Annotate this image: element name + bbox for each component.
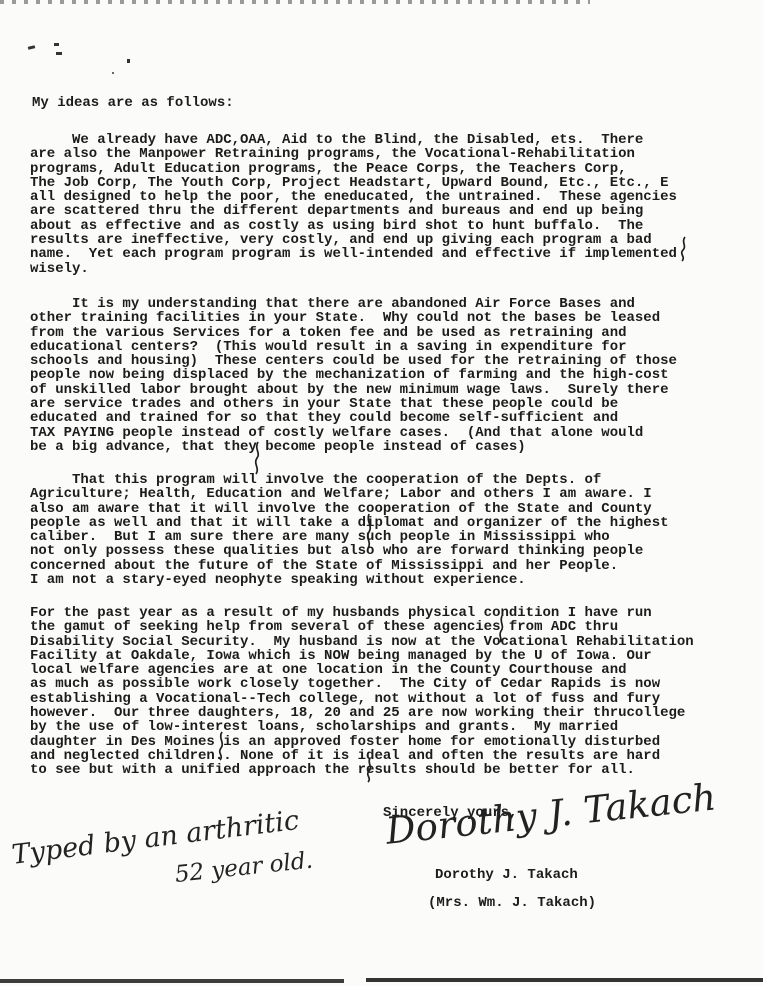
scan-smudge [112,72,114,74]
paragraph-4: For the past year as a result of my husb… [30,606,694,778]
salutation: My ideas are as follows: [32,96,234,110]
perforation-dashes [0,0,590,4]
scanned-letter-page: My ideas are as follows: We already have… [0,0,763,986]
pen-ink-mark [250,441,264,475]
scan-edge-bar [0,979,344,983]
scan-smudge [56,52,62,55]
paragraph-2: It is my understanding that there are ab… [30,297,677,454]
pen-ink-mark [494,615,508,643]
pen-ink-mark [362,757,376,783]
paragraph-1: We already have ADC,OAA, Aid to the Blin… [30,133,677,276]
handwritten-note-line2: 52 year old. [174,848,314,888]
scan-smudge [127,59,130,63]
pen-ink-mark [362,513,376,549]
signature-typed-name: Dorothy J. Takach [435,868,578,882]
pen-ink-mark [214,731,228,761]
scan-smudge [28,45,36,50]
paragraph-3: That this program will involve the coope… [30,473,669,587]
signature-formal-name: (Mrs. Wm. J. Takach) [428,896,596,910]
scan-edge-bar [366,978,763,982]
handwritten-signature: Dorothy J. Takach [384,775,718,852]
pen-ink-mark [676,236,690,262]
scan-smudge [54,43,59,46]
